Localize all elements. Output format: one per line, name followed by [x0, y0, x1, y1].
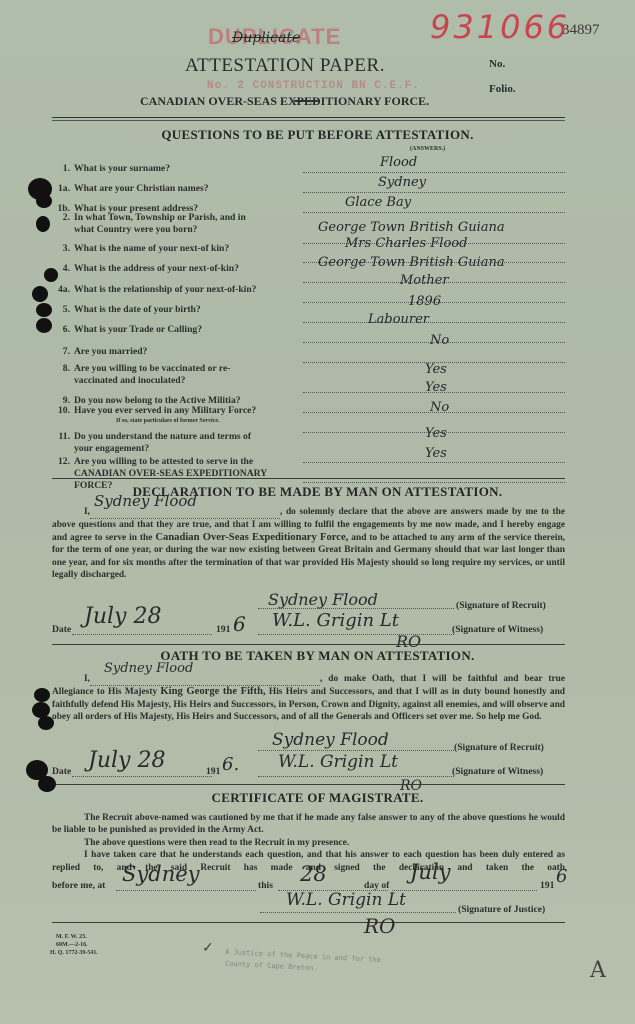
oath-recruit-signature: Sydney Flood	[272, 730, 389, 750]
answers-label: (ANSWERS.)	[410, 146, 445, 152]
place-line	[116, 890, 256, 891]
question-text: What is your Trade or Calling?	[74, 324, 202, 335]
check-mark: ✓	[202, 940, 214, 957]
answer-handwritten: Labourer	[368, 312, 429, 327]
question-4: 2.In what Town, Township or Parish, and …	[56, 212, 296, 236]
questions-title: QUESTIONS TO BE PUT BEFORE ATTESTATION.	[0, 127, 635, 143]
question-number: 2.	[56, 212, 70, 224]
printed-number: 34897	[562, 22, 600, 39]
declaration-date-label: Date	[52, 624, 71, 635]
question-text: What is the relationship of your next-of…	[74, 284, 256, 295]
question-number: 3.	[56, 243, 70, 255]
certificate-title: CERTIFICATE OF MAGISTRATE.	[0, 790, 635, 806]
question-number: 10.	[56, 405, 70, 417]
answer-handwritten: No	[430, 333, 449, 348]
day-handwritten: 28	[300, 862, 327, 886]
declaration-witness-label: (Signature of Witness)	[452, 624, 543, 635]
justice-line	[260, 912, 456, 913]
declaration-text: I,Sydney Flood , do solemnly declare tha…	[52, 506, 565, 581]
question-text: Have you ever served in any Military For…	[74, 405, 256, 416]
question-9: 6.What is your Trade or Calling?	[56, 324, 296, 336]
declaration-year-prefix: 191	[216, 624, 230, 635]
question-1: 1.What is your surname?	[56, 163, 296, 175]
before-label: before me, at	[52, 880, 105, 891]
declaration-recruit-line	[258, 608, 454, 609]
ink-blot	[36, 194, 52, 208]
answer-handwritten: Yes	[425, 380, 447, 395]
oath-year-prefix: 191	[206, 766, 220, 777]
answer-line	[303, 212, 565, 213]
question-text: Are you married?	[74, 346, 147, 357]
question-number: 12.	[56, 456, 70, 468]
question-text: What is the address of your next-of-kin?	[74, 263, 239, 274]
attestation-paper: DUPLICATE Duplicate 931066 34897 ATTESTA…	[0, 0, 635, 1024]
place-handwritten: Sydney	[122, 862, 200, 886]
subtitle: CANADIAN OVER-SEAS EXPEDITIONARY FORCE.	[140, 94, 429, 109]
question-text-continued: If so, state particulars of former Servi…	[56, 417, 296, 425]
declaration-witness-line	[258, 634, 454, 635]
question-6: 4.What is the address of your next-of-ki…	[56, 263, 296, 275]
oath-name-field: Sydney Flood	[90, 673, 320, 686]
no-label: No.	[489, 58, 505, 70]
question-text-continued: what Country were you born?	[56, 224, 296, 236]
declaration-name-field: Sydney Flood	[90, 506, 280, 519]
oath-date: July 28	[88, 748, 165, 773]
regimental-number: 931066	[430, 8, 570, 46]
answer-handwritten: Sydney	[378, 175, 426, 190]
question-text-continued: your engagement?	[56, 443, 296, 455]
answer-handwritten: Mrs Charles Flood	[345, 236, 467, 251]
certificate-divider	[52, 922, 565, 923]
declaration-divider	[52, 644, 565, 645]
declaration-recruit-label: (Signature of Recruit)	[456, 600, 546, 611]
oath-divider	[52, 784, 565, 785]
answer-handwritten: 1896	[408, 294, 441, 309]
question-text: What are your Christian names?	[74, 183, 209, 194]
answer-handwritten: Mother	[400, 273, 449, 288]
question-7: 4a.What is the relationship of your next…	[56, 284, 296, 296]
answer-handwritten: No	[430, 400, 449, 415]
oath-witness-signature: W.L. Grigin Lt	[278, 752, 398, 772]
declaration-prefix: I,	[52, 507, 90, 517]
oath-witness-label: (Signature of Witness)	[452, 766, 543, 777]
oath-date-label: Date	[52, 766, 71, 777]
ink-blot	[36, 216, 50, 232]
ink-blot	[38, 716, 54, 730]
answer-line	[303, 172, 565, 173]
question-text: Are you willing to be attested to serve …	[74, 456, 253, 467]
answer-handwritten: Flood	[380, 155, 417, 170]
question-text: Do you understand the nature and terms o…	[74, 431, 251, 442]
declaration-name: Sydney Flood	[94, 495, 197, 507]
cert-year: 6	[556, 866, 567, 887]
question-text: In what Town, Township or Parish, and in	[74, 212, 246, 223]
header-divider	[52, 117, 565, 121]
king-bold: King George the Fifth,	[160, 686, 265, 697]
question-11: 8.Are you willing to be vaccinated or re…	[56, 363, 296, 387]
question-text: What is the date of your birth?	[74, 304, 201, 315]
declaration-witness-signature: W.L. Grigin Lt	[272, 610, 399, 631]
question-number: 11.	[56, 431, 70, 443]
answer-line	[303, 462, 565, 463]
justice-signature: W.L. Grigin Lt	[286, 890, 406, 910]
declaration-date-line	[72, 634, 212, 635]
question-number: 1.	[56, 163, 70, 175]
declaration-recruit-signature: Sydney Flood	[268, 590, 378, 609]
corner-mark: A	[590, 958, 606, 983]
ink-blot	[36, 303, 52, 317]
cert-year-prefix: 191	[540, 880, 554, 891]
question-number: 6.	[56, 324, 70, 336]
question-number: 5.	[56, 304, 70, 316]
justice-initials: RO	[364, 914, 395, 938]
question-number: 7.	[56, 346, 70, 358]
ink-blot	[32, 286, 48, 302]
ink-blot	[36, 318, 52, 333]
answer-handwritten: Yes	[425, 446, 447, 461]
certificate-para-2: The above questions were then read to th…	[52, 837, 565, 849]
oath-witness-line	[258, 776, 454, 777]
oath-title: OATH TO BE TAKEN BY MAN ON ATTESTATION.	[0, 648, 635, 664]
question-2: 1a.What are your Christian names?	[56, 183, 296, 195]
certificate-para-1: The Recruit above-named was cautioned by…	[52, 812, 565, 837]
answer-line	[303, 322, 565, 323]
declaration-year: 6	[233, 612, 246, 636]
ink-blot	[38, 776, 56, 792]
question-text-continued: vaccinated and inoculated?	[56, 375, 296, 387]
oath-recruit-label: (Signature of Recruit)	[454, 742, 544, 753]
question-number: 4.	[56, 263, 70, 275]
question-number: 8.	[56, 363, 70, 375]
folio-label: Folio.	[489, 83, 516, 95]
justice-stamp-line-2: County of Cape Breton.	[225, 960, 318, 973]
cef-bold: Canadian Over-Seas Expeditionary Force,	[155, 532, 348, 543]
justice-label: (Signature of Justice)	[458, 904, 545, 915]
oath-text: I,Sydney Flood , do make Oath, that I wi…	[52, 673, 565, 724]
question-text: What is your surname?	[74, 163, 170, 174]
question-text: What is the name of your next-of kin?	[74, 243, 229, 254]
ink-blot	[34, 688, 50, 702]
oath-recruit-line	[258, 750, 454, 751]
oath-prefix: I,	[52, 674, 90, 684]
form-code-2: 60M.—2-16.	[56, 942, 88, 948]
question-10: 7.Are you married?	[56, 346, 296, 358]
month-line	[392, 890, 537, 891]
answer-handwritten: Yes	[425, 426, 447, 441]
form-code-3: H. Q. 1772-39-541.	[50, 950, 98, 956]
oath-date-line	[72, 776, 212, 777]
question-8: 5.What is the date of your birth?	[56, 304, 296, 316]
duplicate-handwritten: Duplicate	[232, 30, 300, 46]
oath-name: Sydney Flood	[104, 663, 193, 675]
declaration-date: July 28	[84, 604, 161, 629]
unit-stamp: No. 2 CONSTRUCTION BN C.E.F.	[207, 80, 420, 92]
oath-year: 6.	[222, 754, 239, 775]
answer-handwritten: Glace Bay	[345, 195, 411, 210]
question-14: 11.Do you understand the nature and term…	[56, 431, 296, 455]
month-handwritten: July	[410, 860, 451, 884]
answer-handwritten: Yes	[425, 362, 447, 377]
question-number: 1a.	[56, 183, 70, 195]
answer-line	[303, 482, 565, 483]
this-label: this	[258, 880, 273, 891]
question-13: 10.Have you ever served in any Military …	[56, 405, 296, 425]
question-text: Are you willing to be vaccinated or re-	[74, 363, 230, 374]
ink-blot	[44, 268, 58, 282]
questions-divider	[52, 478, 565, 479]
page-title: ATTESTATION PAPER.	[185, 55, 385, 77]
question-number: 4a.	[56, 284, 70, 296]
answer-handwritten: George Town British Guiana	[318, 255, 505, 270]
form-code-1: M. F. W. 23.	[56, 934, 87, 940]
question-5: 3.What is the name of your next-of kin?	[56, 243, 296, 255]
answer-handwritten: George Town British Guiana	[318, 220, 505, 235]
answer-line	[303, 192, 565, 193]
